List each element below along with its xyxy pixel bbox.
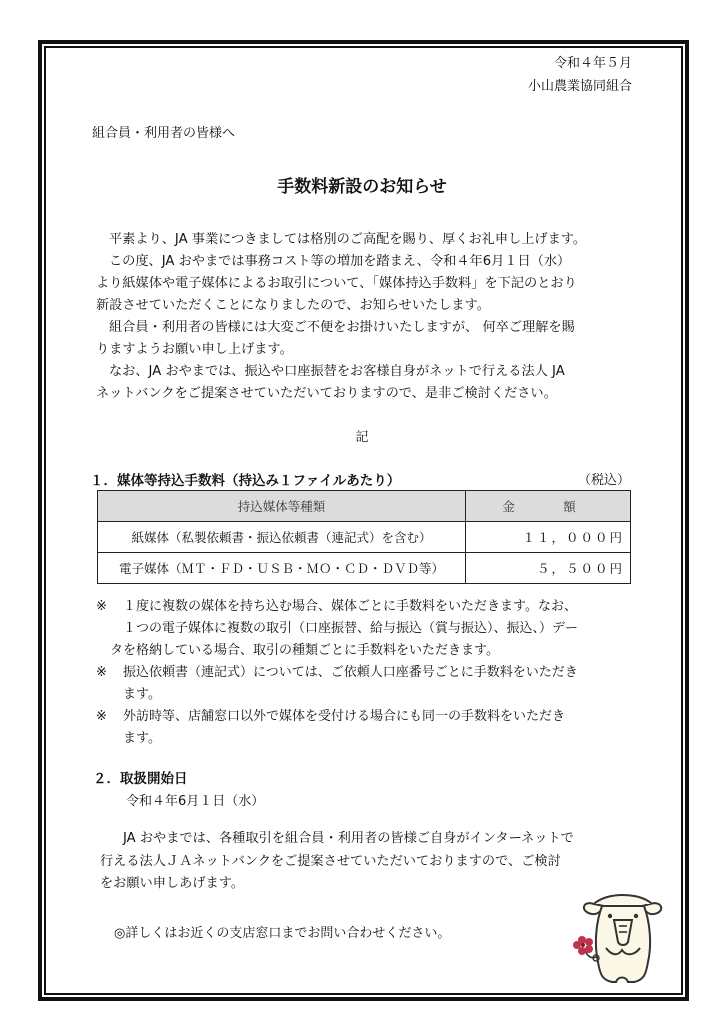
fee-notes: ※ １度に複数の媒体を持ち込む場合、媒体ごとに手数料をいただきます。なお、 １つ…	[96, 596, 656, 750]
closing-paragraph: JA おやまでは、各種取引を組合員・利用者の皆様ご自身がインターネットで 行える…	[110, 828, 650, 896]
section2-heading: ２．取扱開始日	[93, 767, 188, 787]
ki-marker: 記	[0, 426, 724, 445]
tax-included-label: （税込）	[578, 469, 630, 488]
section1-heading: １．媒体等持込手数料（持込み１ファイルあたり）	[90, 469, 400, 489]
page-title: 手数料新設のお知らせ	[0, 172, 724, 197]
intro-line: 組合員・利用者の皆様には大変ご不便をお掛けいたしますが、 何卒ご理解を賜	[96, 317, 636, 339]
intro-line: 新設させていただくことになりましたので、お知らせいたします。	[96, 295, 636, 317]
media-type-cell: 紙媒体（私製依頼書・振込依頼書（連記式）を含む）	[98, 522, 466, 553]
note-line: ます。	[123, 728, 656, 750]
inquiry-note: ◎詳しくはお近くの支店窓口までお問い合わせください。	[114, 922, 450, 941]
note-mark: ※	[96, 596, 107, 618]
intro-paragraphs: 平素より、JA 事業につきましては格別のご高配を賜り、厚くお礼申し上げます。 こ…	[96, 229, 636, 405]
table-row: 紙媒体（私製依頼書・振込依頼書（連記式）を含む） １１，０００円	[98, 522, 631, 553]
fee-table-header-row: 持込媒体等種類 金 額	[98, 491, 631, 522]
note-line: ます。	[123, 684, 656, 706]
header-media-type: 持込媒体等種類	[98, 491, 466, 522]
note-line: 振込依頼書（連記式）については、ご依頼人口座番号ごとに手数料をいただき	[123, 662, 656, 684]
dog-mascot-with-flower-icon	[572, 882, 672, 990]
note-line: 外訪時等、店舗窓口以外で媒体を受付ける場合にも同一の手数料をいただき	[123, 706, 656, 728]
intro-line: なお、JA おやまでは、振込や口座振替をお客様自身がネットで行える法人 JA	[96, 361, 636, 383]
note-line: １度に複数の媒体を持ち込む場合、媒体ごとに手数料をいただきます。なお、	[123, 596, 656, 618]
note-line: １つの電子媒体に複数の取引（口座振替、給与振込（賞与振込）、振込、）デー	[123, 618, 656, 640]
issue-date: 令和４年５月	[554, 52, 632, 71]
fee-table: 持込媒体等種類 金 額 紙媒体（私製依頼書・振込依頼書（連記式）を含む） １１，…	[97, 490, 631, 584]
media-type-cell: 電子媒体（ＭＴ・ＦＤ・ＵＳＢ・ＭＯ・ＣＤ・ＤＶＤ等）	[98, 553, 466, 584]
note-item: ※ １度に複数の媒体を持ち込む場合、媒体ごとに手数料をいただきます。なお、 １つ…	[96, 596, 656, 662]
notice-page: 令和４年５月 小山農業協同組合 組合員・利用者の皆様へ 手数料新設のお知らせ 平…	[0, 0, 724, 1024]
note-mark: ※	[96, 706, 107, 728]
amount-cell: １１，０００円	[466, 522, 631, 553]
intro-line: ネットバンクをご提案させていただいておりますので、是非ご検討ください。	[96, 383, 636, 405]
issuer-organization: 小山農業協同組合	[528, 75, 632, 94]
intro-line: 平素より、JA 事業につきましては格別のご高配を賜り、厚くお礼申し上げます。	[96, 229, 636, 251]
start-date: 令和４年6月１日（水）	[126, 790, 264, 809]
intro-line: より紙媒体や電子媒体によるお取引について、「媒体持込手数料」を下記のとおり	[96, 273, 636, 295]
intro-line: りますようお願い申し上げます。	[96, 339, 636, 361]
amount-cell: ５，５００円	[466, 553, 631, 584]
header-amount: 金 額	[466, 491, 631, 522]
closing-line: をお願い申しあげます。	[100, 873, 650, 896]
note-line: タを格納している場合、取引の種類ごとに手数料をいただきます。	[110, 640, 656, 662]
salutation: 組合員・利用者の皆様へ	[92, 122, 235, 141]
closing-line: JA おやまでは、各種取引を組合員・利用者の皆様ご自身がインターネットで	[110, 828, 650, 851]
intro-line: この度、JA おやまでは事務コスト等の増加を踏まえ、令和４年6月１日（水）	[96, 251, 636, 273]
note-mark: ※	[96, 662, 107, 684]
closing-line: 行える法人ＪＡネットバンクをご提案させていただいておりますので、ご検討	[100, 851, 650, 874]
note-item: ※ 外訪時等、店舗窓口以外で媒体を受付ける場合にも同一の手数料をいただき ます。	[96, 706, 656, 750]
table-row: 電子媒体（ＭＴ・ＦＤ・ＵＳＢ・ＭＯ・ＣＤ・ＤＶＤ等） ５，５００円	[98, 553, 631, 584]
note-item: ※ 振込依頼書（連記式）については、ご依頼人口座番号ごとに手数料をいただき ます…	[96, 662, 656, 706]
